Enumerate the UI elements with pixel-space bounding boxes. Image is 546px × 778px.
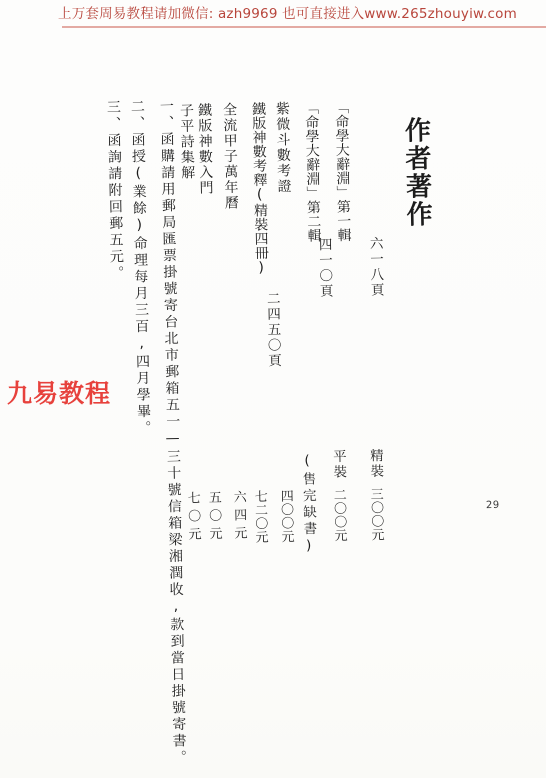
page-number: 29 [486, 500, 500, 511]
book-3-price: 四〇〇元 [276, 489, 296, 543]
note-3: 三、函詢請附回郵五元。 [103, 99, 127, 282]
book-1-binding-hardcover: 精裝 [365, 448, 386, 479]
book-4-pages: 二四五〇頁 [262, 291, 284, 369]
book-7-price: 七〇元 [183, 491, 203, 545]
book-1-binding-paperback: 平裝 [328, 449, 349, 480]
book-6-price: 五〇元 [204, 490, 224, 544]
note-1: 一、函購請用郵局匯票掛號寄台北市郵箱五一—三十號信箱梁湘潤收,款到當日掛號寄書。 [156, 98, 189, 766]
book-5-title: 全流甲子萬年曆 [219, 102, 241, 211]
book-3-title: 紫微斗數考證 [272, 101, 294, 194]
note-2: 二、函授(業餘)命理每月三百,四月學畢。 [127, 99, 154, 437]
book-2-pages: 四一〇頁 [314, 237, 335, 299]
book-5-price: 六四元 [229, 490, 249, 544]
book-1-pages: 六一八頁 [365, 236, 386, 298]
book-4-title: 鐵版神數考釋(精裝四冊) [248, 101, 271, 276]
book-2-availability: (售完缺書) [297, 453, 319, 557]
scanned-book-page: 上万套周易教程请加微信: azh9969 也可直接进入www.265zhouyi… [0, 0, 546, 778]
book-1-title: 「命學大辭淵」第一輯 [331, 100, 354, 242]
book-6-title: 鐵版神數入門 [194, 103, 216, 196]
page-title: 作者著作 [397, 116, 436, 229]
book-7-title: 子平詩集解 [176, 103, 198, 181]
book-1-price-hardcover: 三〇〇元 [366, 487, 386, 541]
book-2-title: 「命學大辭淵」第二輯 [301, 100, 324, 242]
book-4-price: 七二〇元 [250, 490, 270, 544]
scan-content: 作者著作 六一八頁 「命學大辭淵」第一輯 精裝 三〇〇元 平裝 二〇〇元 「命學… [0, 0, 546, 778]
book-1-price-paperback: 二〇〇元 [329, 488, 349, 542]
